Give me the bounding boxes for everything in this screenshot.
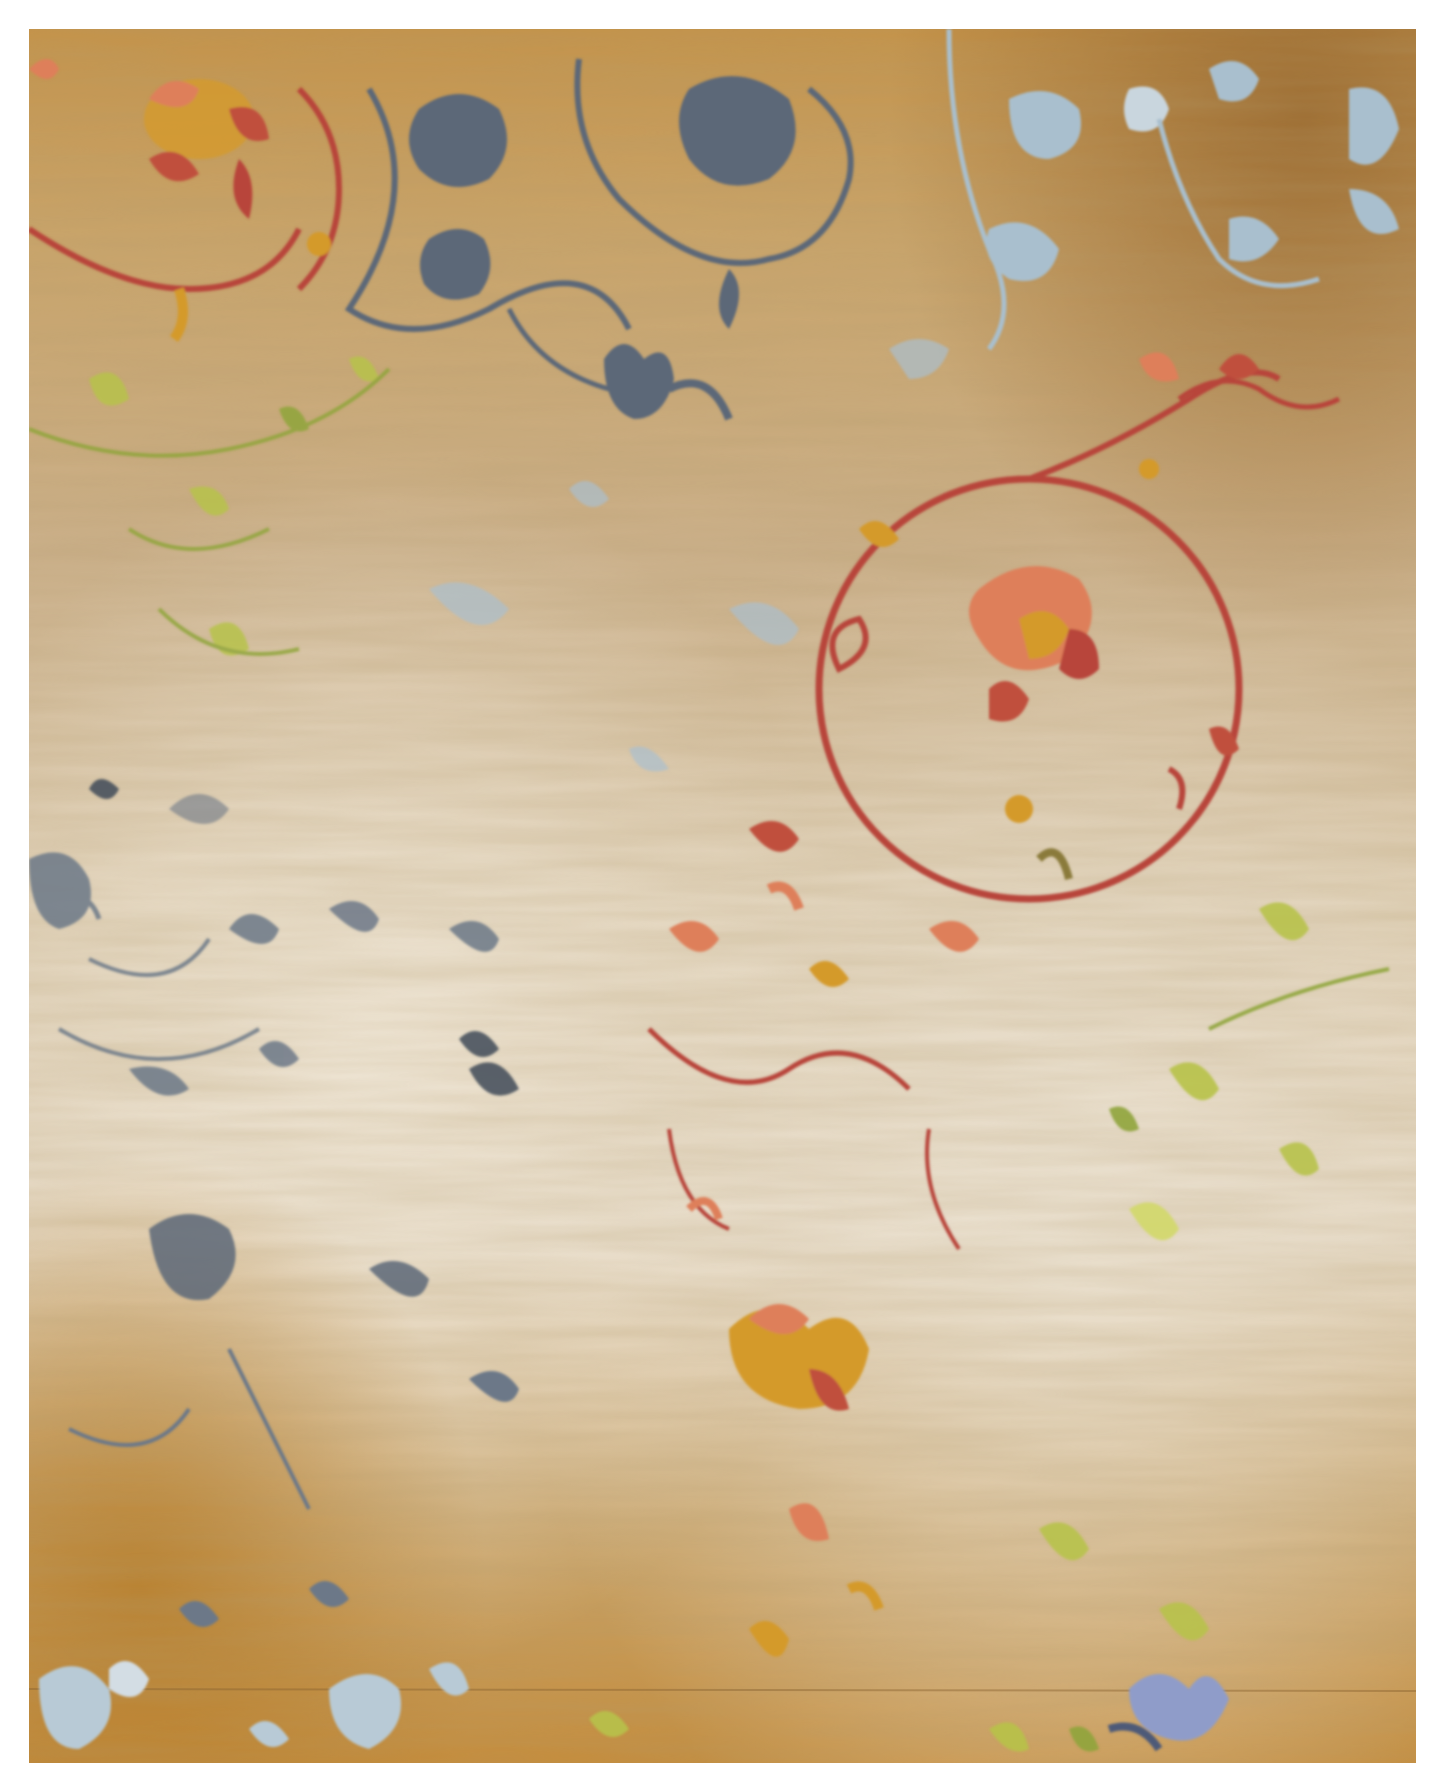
photo-canvas: Hand-knotted rug with abstract floral vi… bbox=[0, 0, 1445, 1790]
rug bbox=[29, 29, 1416, 1763]
rug-artwork bbox=[29, 29, 1416, 1763]
